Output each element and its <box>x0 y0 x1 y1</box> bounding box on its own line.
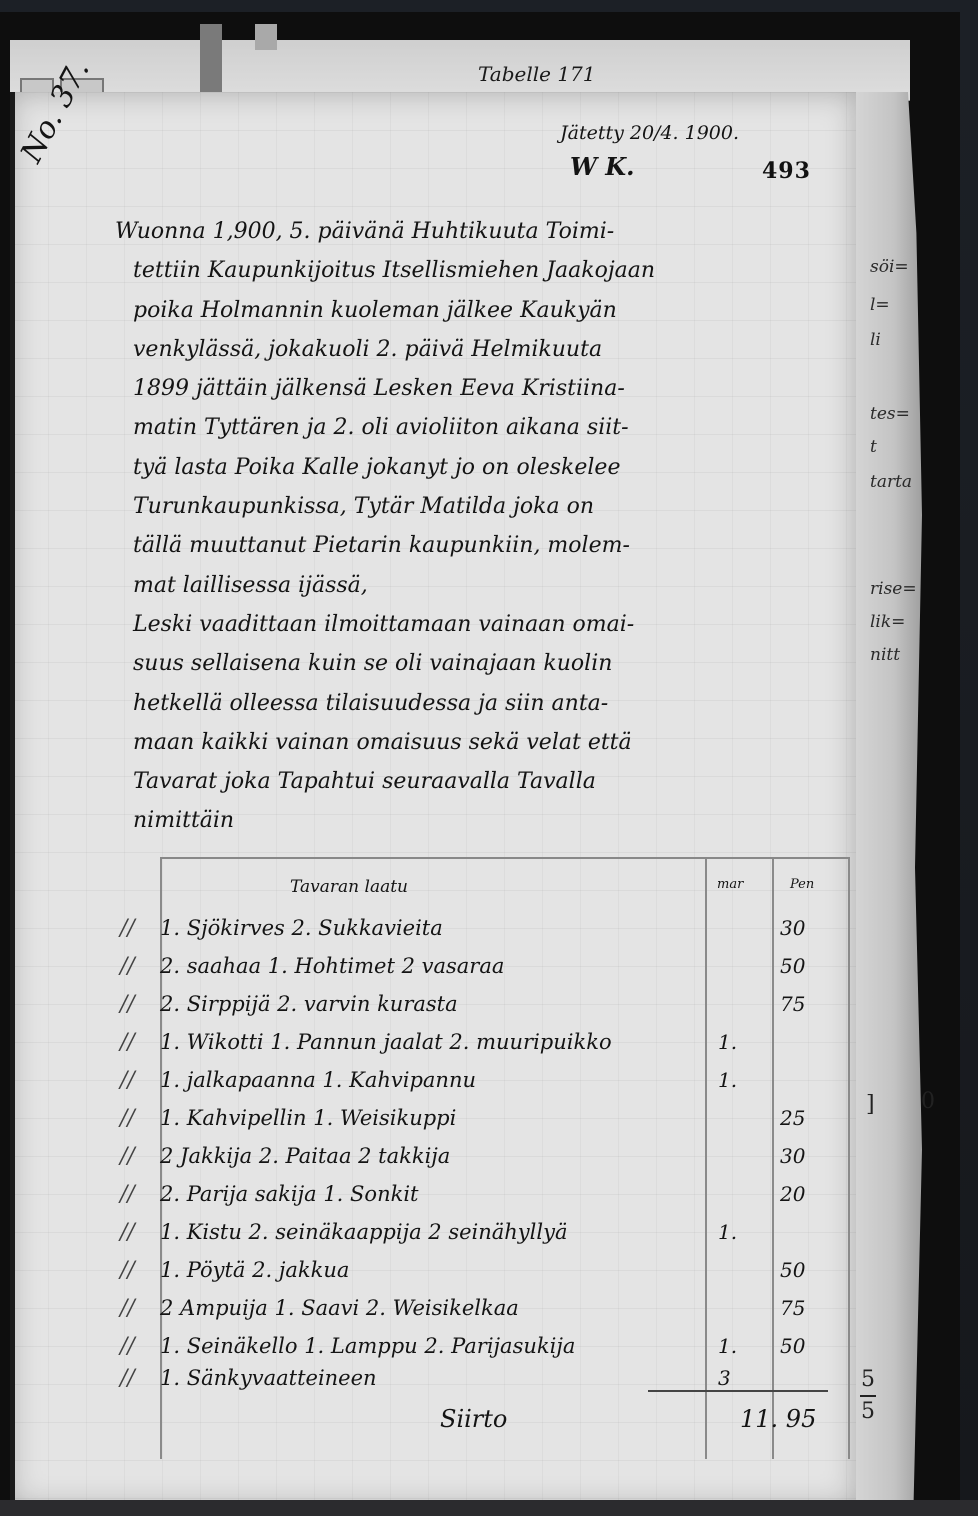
table-header: Tavaran laatu mar Pen <box>160 877 850 907</box>
body-line: Leski vaadittaan ilmoittamaan vainaan om… <box>115 605 855 644</box>
margin-note: l= <box>870 295 890 315</box>
total-rule <box>648 1390 828 1392</box>
total-row: Siirto 11. 95 <box>440 1405 860 1439</box>
margin-note: söi= <box>870 257 909 277</box>
item-penni: 20 <box>780 1182 805 1206</box>
tab-marker <box>200 24 222 92</box>
check-mark: // <box>120 1334 135 1359</box>
margin-note: tes= <box>870 404 910 424</box>
item-markka: 3 <box>718 1366 731 1390</box>
table-row: // 1. Pöytä 2. jakkua 50 <box>120 1256 860 1290</box>
fraction-bottom: 5 <box>860 1399 876 1425</box>
item-penni: 50 <box>780 954 805 978</box>
viewer-bottom-bar <box>0 1500 978 1516</box>
item-penni: 30 <box>780 916 805 940</box>
margin-note: rise= <box>870 579 917 599</box>
table-row: // 1. Wikotti 1. Pannun jaalat 2. muurip… <box>120 1028 860 1062</box>
body-text: Wuonna 1,900, 5. päivänä Huhtikuuta Toim… <box>115 212 855 841</box>
margin-bracket: ] <box>866 1092 875 1117</box>
item-description: 2. Parija sakija 1. Sonkit <box>160 1182 418 1206</box>
document-viewer: Tabelle 171 No. 37. Jätetty 20/4. 1900. … <box>0 0 978 1516</box>
item-penni: 50 <box>780 1334 805 1358</box>
table-row: // 2 Ampuija 1. Saavi 2. Weisikelkaa 75 <box>120 1294 860 1328</box>
page-number: 493 <box>762 158 811 184</box>
item-description: 1. Wikotti 1. Pannun jaalat 2. muuripuik… <box>160 1030 612 1054</box>
check-mark: // <box>120 1144 135 1169</box>
fraction-top: 5 <box>860 1367 876 1393</box>
item-description: 1. Sjökirves 2. Sukkavieita <box>160 916 443 940</box>
body-line: Turunkaupunkissa, Tytär Matilda joka on <box>115 487 855 526</box>
body-line: poika Holmannin kuoleman jälkee Kaukyän <box>115 291 855 330</box>
body-line: tällä muuttanut Pietarin kaupunkiin, mol… <box>115 526 855 565</box>
body-line: tettiin Kaupunkijoitus Itsellismiehen Ja… <box>115 251 855 290</box>
item-markka: 1. <box>718 1334 737 1358</box>
table-row: // 2. saahaa 1. Hohtimet 2 vasaraa 50 <box>120 952 860 986</box>
check-mark: // <box>120 1106 135 1131</box>
table-row: // 2. Parija sakija 1. Sonkit 20 <box>120 1180 860 1214</box>
margin-note: li <box>870 330 881 350</box>
check-mark: // <box>120 1030 135 1055</box>
item-description: 1. jalkapaanna 1. Kahvipannu <box>160 1068 476 1092</box>
item-markka: 1. <box>718 1220 737 1244</box>
header-markka: mar <box>717 877 743 892</box>
page-spine <box>10 92 15 1507</box>
margin-fraction: 5 5 <box>860 1367 876 1425</box>
check-mark: // <box>120 1258 135 1283</box>
fraction-bar <box>860 1395 876 1397</box>
item-penni: 50 <box>780 1258 805 1282</box>
table-row: // 2. Sirppijä 2. varvin kurasta 75 <box>120 990 860 1024</box>
item-penni: 25 <box>780 1106 805 1130</box>
item-description: 2. Sirppijä 2. varvin kurasta <box>160 992 458 1016</box>
filed-initials: W K. <box>570 152 635 181</box>
total-value: 11. 95 <box>740 1405 816 1433</box>
margin-note: nitt <box>870 645 900 665</box>
item-markka: 1. <box>718 1068 737 1092</box>
back-page-heading: Tabelle 171 <box>478 62 596 86</box>
body-line: nimittäin <box>115 801 855 840</box>
item-description: 2. saahaa 1. Hohtimet 2 vasaraa <box>160 954 504 978</box>
item-description: 1. Seinäkello 1. Lamppu 2. Parijasukija <box>160 1334 575 1358</box>
item-penni: 75 <box>780 992 805 1016</box>
table-row: // 2 Jakkija 2. Paitaa 2 takkija 30 <box>120 1142 860 1176</box>
check-mark: // <box>120 954 135 979</box>
header-penni: Pen <box>790 877 814 892</box>
check-mark: // <box>120 1296 135 1321</box>
body-line: tyä lasta Poika Kalle jokanyt jo on oles… <box>115 448 855 487</box>
margin-note: tarta <box>870 472 912 492</box>
filed-note: Jätetty 20/4. 1900. <box>560 122 739 144</box>
table-row: // 1. Sänkyvaatteineen 3 <box>120 1364 860 1398</box>
total-label: Siirto <box>440 1405 507 1433</box>
table-row: // 1. jalkapaanna 1. Kahvipannu 1. <box>120 1066 860 1100</box>
tab-marker <box>255 24 277 50</box>
margin-zero: 0 <box>921 1089 935 1114</box>
check-mark: // <box>120 916 135 941</box>
table-row: // 1. Kahvipellin 1. Weisikuppi 25 <box>120 1104 860 1138</box>
body-line: Wuonna 1,900, 5. päivänä Huhtikuuta Toim… <box>115 212 855 251</box>
body-line: maan kaikki vainan omaisuus sekä velat e… <box>115 723 855 762</box>
table-row: // 1. Sjökirves 2. Sukkavieita 30 <box>120 914 860 948</box>
item-penni: 30 <box>780 1144 805 1168</box>
header-description: Tavaran laatu <box>290 877 408 897</box>
body-line: 1899 jättäin jälkensä Lesken Eeva Kristi… <box>115 369 855 408</box>
body-line: suus sellaisena kuin se oli vainajaan ku… <box>115 644 855 683</box>
body-line: hetkellä olleessa tilaisuudessa ja siin … <box>115 684 855 723</box>
table-row: // 1. Seinäkello 1. Lamppu 2. Parijasuki… <box>120 1332 860 1366</box>
table-row: // 1. Kistu 2. seinäkaappija 2 seinähyll… <box>120 1218 860 1252</box>
inventory-table: Tavaran laatu mar Pen // 1. Sjökirves 2.… <box>160 857 850 1459</box>
body-line: Tavarat joka Tapahtui seuraavalla Tavall… <box>115 762 855 801</box>
check-mark: // <box>120 1068 135 1093</box>
item-description: 2 Ampuija 1. Saavi 2. Weisikelkaa <box>160 1296 519 1320</box>
scanned-page: Tabelle 171 No. 37. Jätetty 20/4. 1900. … <box>0 12 960 1502</box>
item-penni: 75 <box>780 1296 805 1320</box>
margin-note: t <box>870 437 877 457</box>
body-line: matin Tyttären ja 2. oli avioliiton aika… <box>115 408 855 447</box>
check-mark: // <box>120 1182 135 1207</box>
item-description: 1. Pöytä 2. jakkua <box>160 1258 349 1282</box>
check-mark: // <box>120 1220 135 1245</box>
body-line: venkylässä, jokakuoli 2. päivä Helmikuut… <box>115 330 855 369</box>
item-markka: 1. <box>718 1030 737 1054</box>
item-description: 2 Jakkija 2. Paitaa 2 takkija <box>160 1144 450 1168</box>
margin-note: lik= <box>870 612 905 632</box>
check-mark: // <box>120 1366 135 1391</box>
body-line: mat laillisessa ijässä, <box>115 566 855 605</box>
item-description: 1. Kistu 2. seinäkaappija 2 seinähyllyä <box>160 1220 568 1244</box>
check-mark: // <box>120 992 135 1017</box>
item-description: 1. Sänkyvaatteineen <box>160 1366 377 1390</box>
item-description: 1. Kahvipellin 1. Weisikuppi <box>160 1106 456 1130</box>
